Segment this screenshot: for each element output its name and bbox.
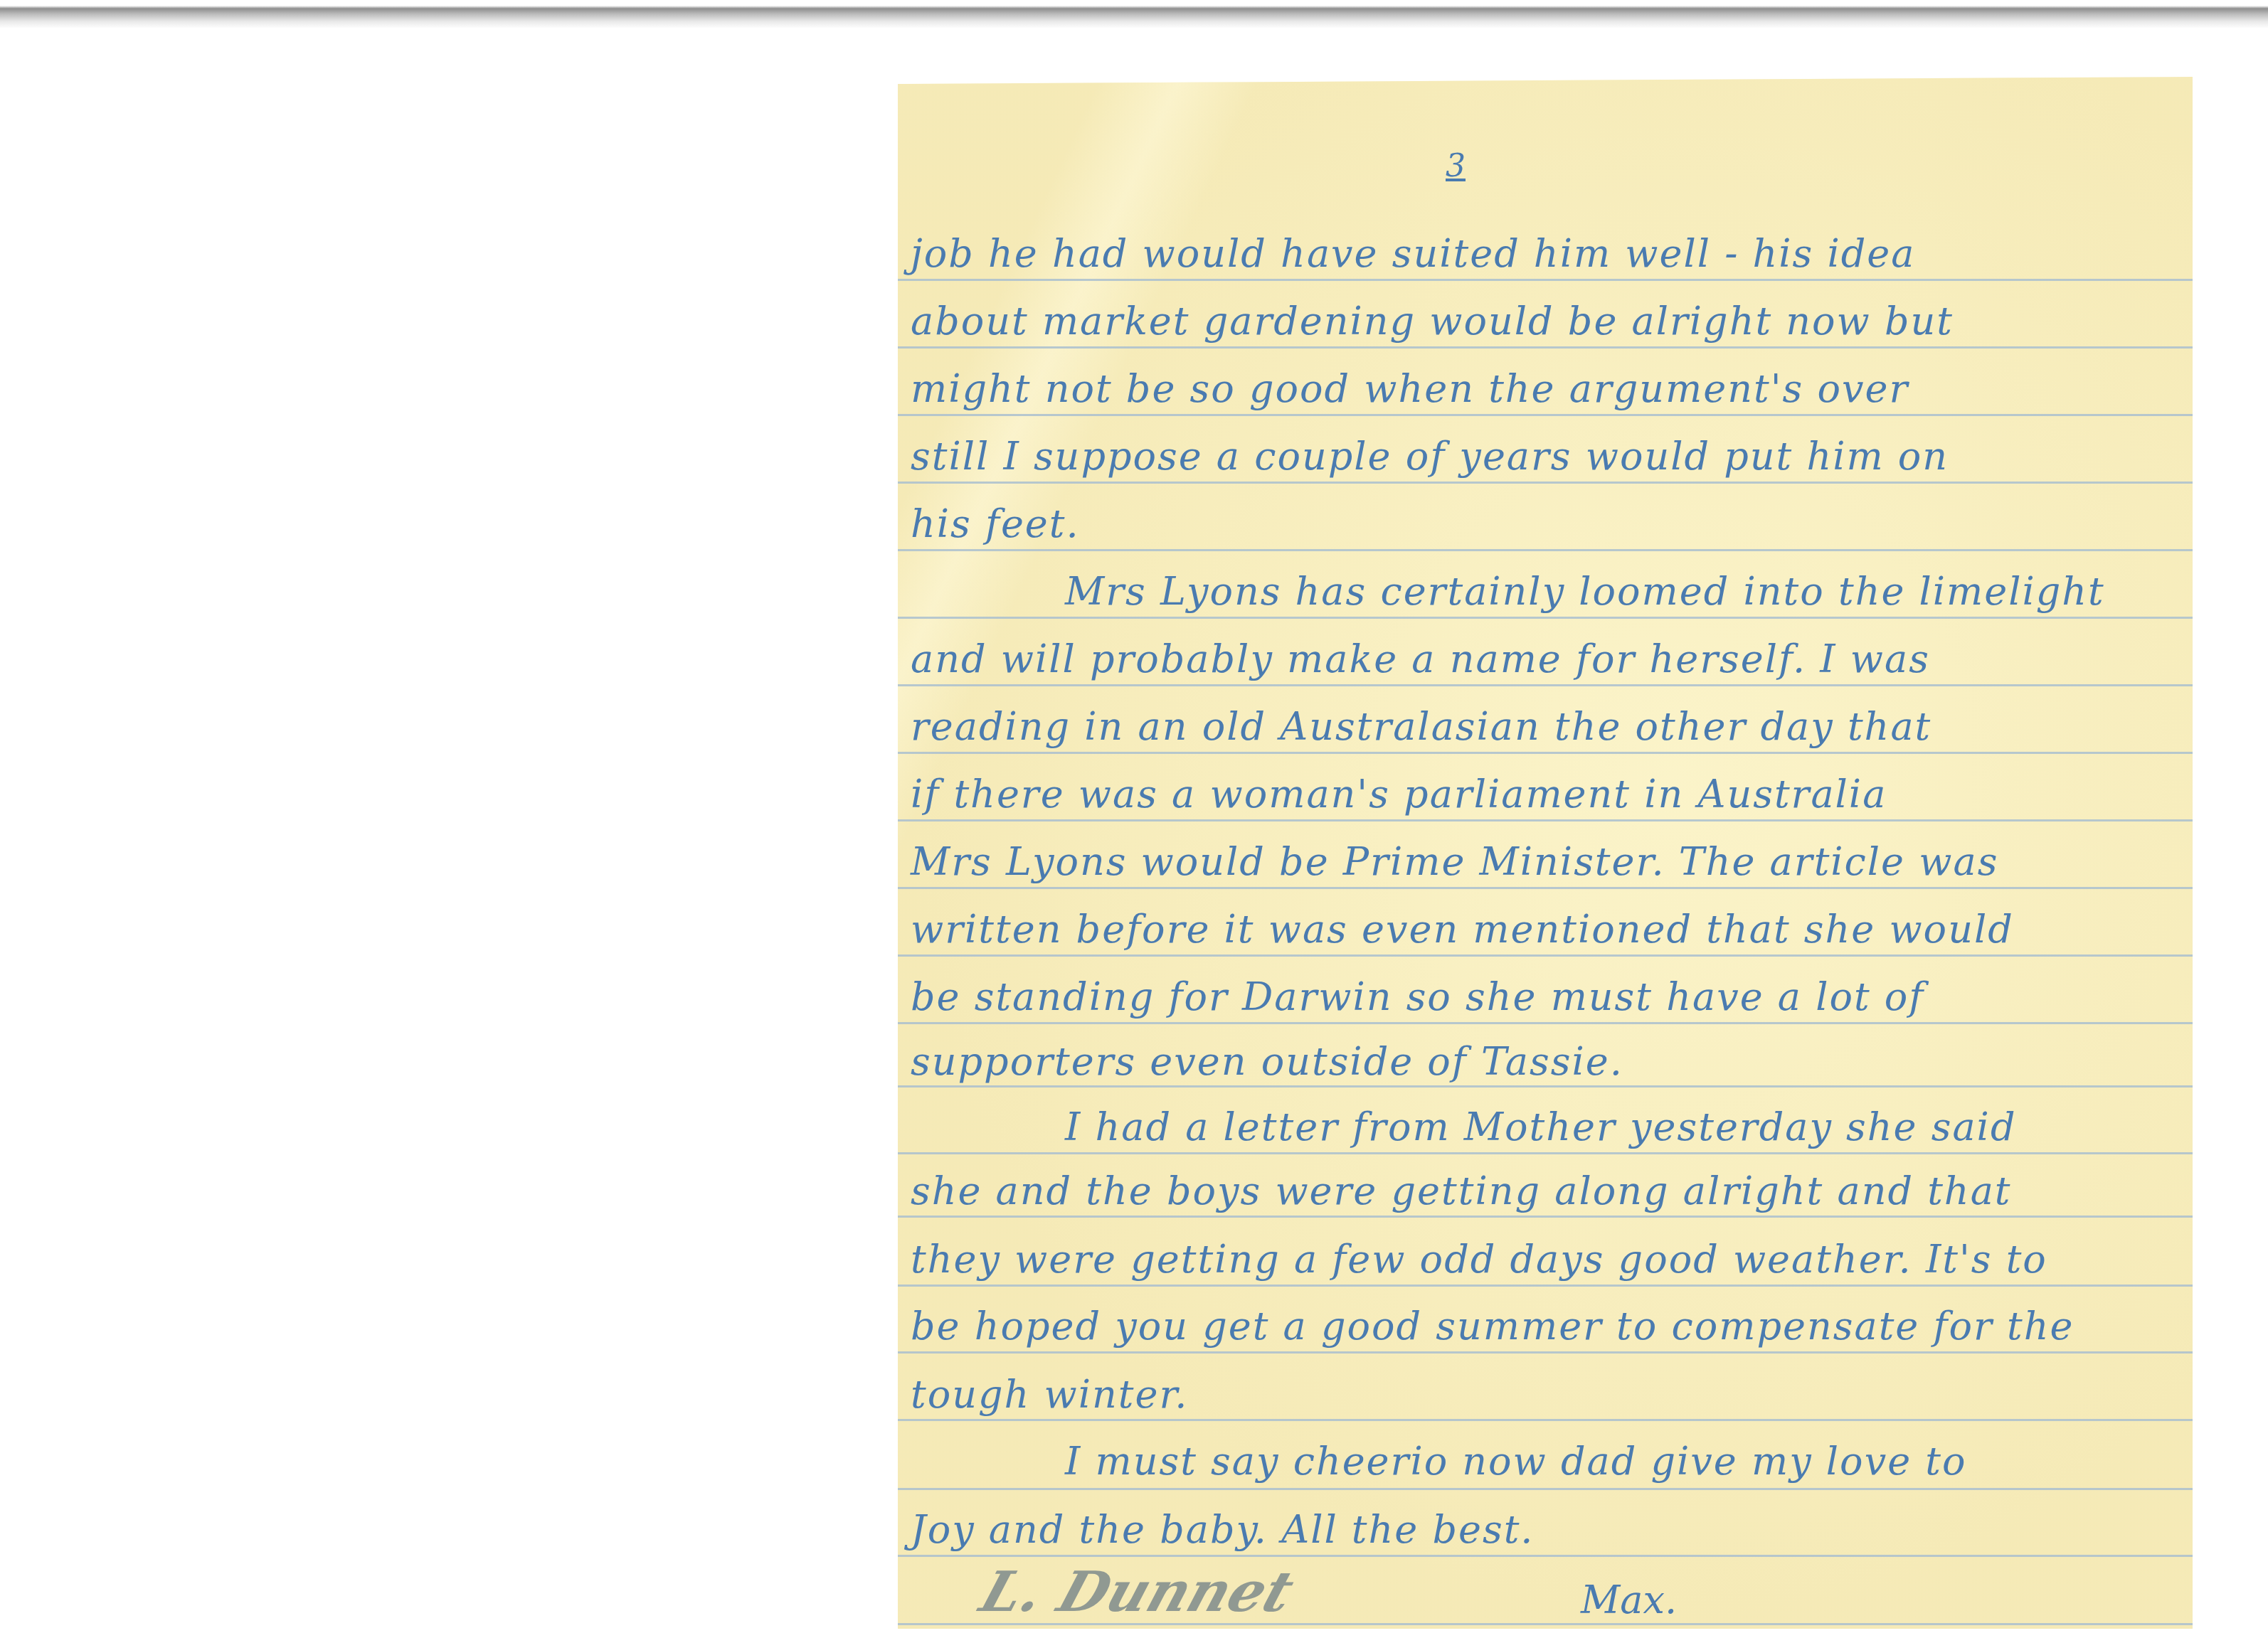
letter-line: about market gardening would be alright … <box>911 302 1954 341</box>
rule-line <box>898 954 2193 957</box>
letter-page: 3 job he had would have suited him well … <box>898 77 2193 1629</box>
rule-line <box>898 819 2193 821</box>
rule-line <box>898 549 2193 551</box>
letter-line: job he had would have suited him well - … <box>911 235 1916 273</box>
rule-line <box>898 1555 2193 1557</box>
letter-line: and will probably make a name for hersel… <box>911 640 1930 679</box>
rule-line <box>898 279 2193 281</box>
letter-line: his feet. <box>911 505 1080 543</box>
rule-line <box>898 887 2193 889</box>
letter-line: I must say cheerio now dad give my love … <box>1065 1442 1966 1481</box>
page-number: 3 <box>1446 148 1466 184</box>
scanner-edge-shadow <box>0 0 2268 28</box>
letter-line: might not be so good when the argument's… <box>911 370 1909 408</box>
rule-line <box>898 482 2193 484</box>
letter-line: be hoped you get a good summer to compen… <box>911 1307 2074 1346</box>
rule-line <box>898 1488 2193 1490</box>
rule-line <box>898 1351 2193 1354</box>
letter-line: they were getting a few odd days good we… <box>911 1240 2047 1279</box>
letter-line: she and the boys were getting along alri… <box>911 1172 2012 1211</box>
letter-line: be standing for Darwin so she must have … <box>911 978 1924 1016</box>
signature-stamp: L. Dunnet <box>973 1560 1301 1624</box>
rule-line <box>898 1022 2193 1024</box>
letter-line: supporters even outside of Tassie. <box>911 1043 1623 1081</box>
rule-line <box>898 1085 2193 1087</box>
rule-line <box>898 1285 2193 1287</box>
rule-line <box>898 1216 2193 1218</box>
letter-line: still I suppose a couple of years would … <box>911 437 1949 476</box>
rule-line <box>898 414 2193 416</box>
rule-line <box>898 752 2193 754</box>
letter-line: I had a letter from Mother yesterday she… <box>1065 1108 2016 1147</box>
letter-line: tough winter. <box>911 1376 1188 1414</box>
letter-line: Joy and the baby. All the best. <box>911 1511 1535 1549</box>
letter-line: if there was a woman's parliament in Aus… <box>911 775 1887 814</box>
rule-line <box>898 617 2193 619</box>
letter-line: reading in an old Australasian the other… <box>911 708 1931 746</box>
rule-line <box>898 684 2193 686</box>
rule-line <box>898 1152 2193 1154</box>
letter-signoff: Max. <box>1581 1578 1677 1622</box>
rule-line <box>898 346 2193 349</box>
rule-line <box>898 1419 2193 1421</box>
letter-line: written before it was even mentioned tha… <box>911 910 2014 949</box>
letter-line: Mrs Lyons has certainly loomed into the … <box>1065 573 2105 611</box>
letter-line: Mrs Lyons would be Prime Minister. The a… <box>911 843 1998 881</box>
